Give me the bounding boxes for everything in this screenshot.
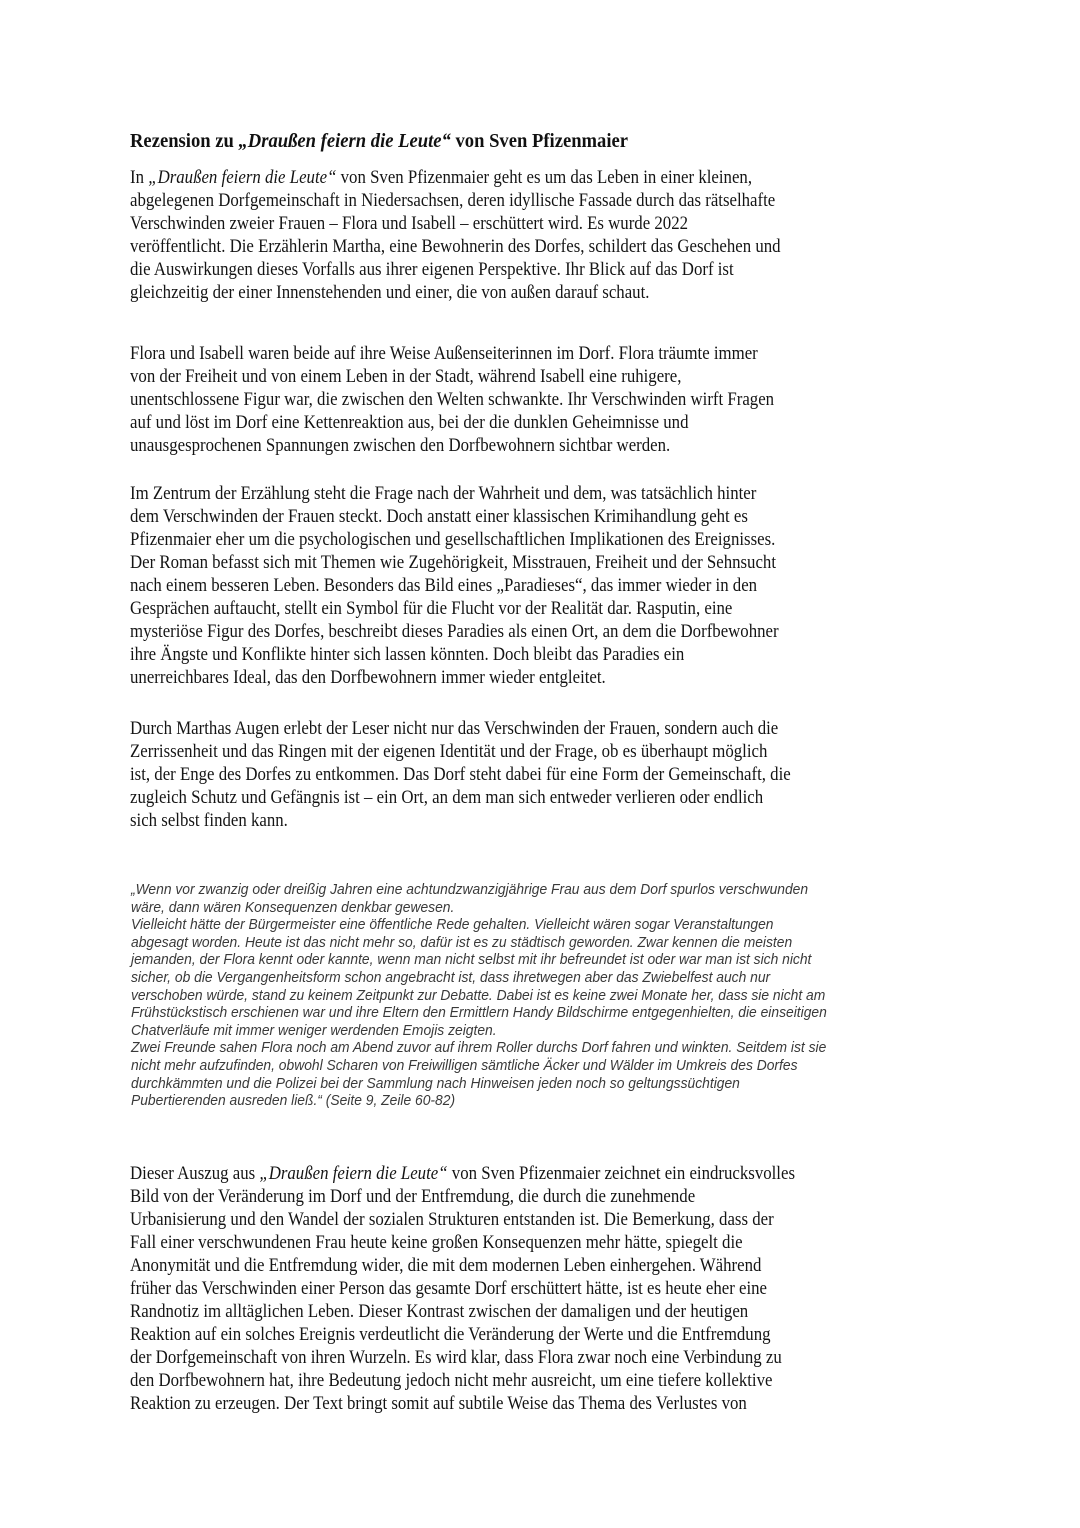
book-title-inline: „Draußen feiern die Leute“	[259, 1163, 447, 1184]
paragraph-line: unausgesprochenen Spannungen zwischen de…	[130, 434, 774, 457]
paragraph-line: In „Draußen feiern die Leute“ von Sven P…	[130, 166, 781, 189]
paragraph-line: ist, der Enge des Dorfes zu entkommen. D…	[130, 763, 791, 786]
paragraph-line: die Auswirkungen dieses Vorfalls aus ihr…	[130, 258, 781, 281]
paragraph-line: früher das Verschwinden einer Person das…	[130, 1277, 795, 1300]
paragraph-line: unerreichbares Ideal, das den Dorfbewohn…	[130, 666, 779, 689]
title-book-name: „Draußen feiern die Leute“	[239, 130, 451, 152]
paragraph-line: Reaktion zu erzeugen. Der Text bringt so…	[130, 1392, 795, 1415]
book-title-inline: „Draußen feiern die Leute“	[148, 167, 336, 188]
quote-line: „Wenn vor zwanzig oder dreißig Jahren ei…	[131, 882, 827, 900]
quote-line: sicher, ob die Vergangenheitsform schon …	[131, 970, 827, 988]
paragraph-line: Der Roman befasst sich mit Themen wie Zu…	[130, 551, 779, 574]
paragraph-line: Flora und Isabell waren beide auf ihre W…	[130, 342, 774, 365]
paragraph-line: Reaktion auf ein solches Ereignis verdeu…	[130, 1323, 795, 1346]
quote-line: jemanden, der Flora kennt oder kannte, w…	[131, 952, 827, 970]
paragraph-intro: In „Draußen feiern die Leute“ von Sven P…	[130, 166, 865, 304]
paragraph-line: Randnotiz im alltäglichen Leben. Dieser …	[130, 1300, 795, 1323]
quote-line: Frühstückstisch erschienen war und ihre …	[131, 1005, 827, 1023]
paragraph-analysis: Dieser Auszug aus „Draußen feiern die Le…	[130, 1162, 881, 1415]
quote-line: wäre, dann wären Konsequenzen denkbar ge…	[131, 900, 827, 918]
paragraph-line: Urbanisierung und den Wandel der soziale…	[130, 1208, 795, 1231]
paragraph-line: Im Zentrum der Erzählung steht die Frage…	[130, 482, 779, 505]
paragraph-line: Dieser Auszug aus „Draußen feiern die Le…	[130, 1162, 795, 1185]
paragraph-line: auf und löst im Dorf eine Kettenreaktion…	[130, 411, 774, 434]
paragraph-line: gleichzeitig der einer Innenstehenden un…	[130, 281, 781, 304]
paragraph-line: abgelegenen Dorfgemeinschaft in Niedersa…	[130, 189, 781, 212]
quote-line: Chatverläufe mit immer weniger werdenden…	[131, 1023, 827, 1041]
paragraph-line: von der Freiheit und von einem Leben in …	[130, 365, 774, 388]
paragraph-line: Verschwinden zweier Frauen – Flora und I…	[130, 212, 781, 235]
paragraph-identity: Durch Marthas Augen erlebt der Leser nic…	[130, 717, 877, 832]
page-title: Rezension zu „Draußen feiern die Leute“ …	[130, 130, 628, 153]
paragraph-line: veröffentlicht. Die Erzählerin Martha, e…	[130, 235, 781, 258]
paragraph-line: der Dorfgemeinschaft von ihren Wurzeln. …	[130, 1346, 795, 1369]
quote-line: nicht mehr aufzufinden, obwohl Scharen v…	[131, 1058, 827, 1076]
paragraph-line: Gesprächen auftaucht, stellt ein Symbol …	[130, 597, 779, 620]
paragraph-line: Durch Marthas Augen erlebt der Leser nic…	[130, 717, 791, 740]
paragraph-line: nach einem besseren Leben. Besonders das…	[130, 574, 779, 597]
paragraph-line: zugleich Schutz und Gefängnis ist – ein …	[130, 786, 791, 809]
paragraph-line: Pfizenmaier eher um die psychologischen …	[130, 528, 779, 551]
quote-line: abgesagt worden. Heute ist das nicht meh…	[131, 935, 827, 953]
quote-line: durchkämmten und die Polizei bei der Sam…	[131, 1076, 827, 1094]
title-prefix: Rezension zu	[130, 130, 239, 152]
paragraph-line: mysteriöse Figur des Dorfes, beschreibt …	[130, 620, 779, 643]
document-page: Rezension zu „Draußen feiern die Leute“ …	[0, 0, 1080, 1528]
quote-line: verschoben würde, stand zu keinem Zeitpu…	[131, 988, 827, 1006]
quote-line: Pubertierenden ausreden ließ.“ (Seite 9,…	[131, 1093, 827, 1111]
paragraph-line: Fall einer verschwundenen Frau heute kei…	[130, 1231, 795, 1254]
title-suffix: von Sven Pfizenmaier	[451, 130, 628, 152]
paragraph-line: Anonymität und die Entfremdung wider, di…	[130, 1254, 795, 1277]
paragraph-line: Bild von der Veränderung im Dorf und der…	[130, 1185, 795, 1208]
paragraph-line: Zerrissenheit und das Ringen mit der eig…	[130, 740, 791, 763]
paragraph-line: dem Verschwinden der Frauen steckt. Doch…	[130, 505, 779, 528]
quote-line: Zwei Freunde sahen Flora noch am Abend z…	[131, 1040, 827, 1058]
paragraph-themes: Im Zentrum der Erzählung steht die Frage…	[130, 482, 863, 689]
paragraph-line: sich selbst finden kann.	[130, 809, 791, 832]
book-excerpt-quote: „Wenn vor zwanzig oder dreißig Jahren ei…	[131, 882, 860, 1111]
quote-line: Vielleicht hätte der Bürgermeister eine …	[131, 917, 827, 935]
paragraph-characters: Flora und Isabell waren beide auf ihre W…	[130, 342, 858, 457]
paragraph-line: ihre Ängste und Konflikte hinter sich la…	[130, 643, 779, 666]
paragraph-line: unentschlossene Figur war, die zwischen …	[130, 388, 774, 411]
paragraph-line: den Dorfbewohnern hat, ihre Bedeutung je…	[130, 1369, 795, 1392]
